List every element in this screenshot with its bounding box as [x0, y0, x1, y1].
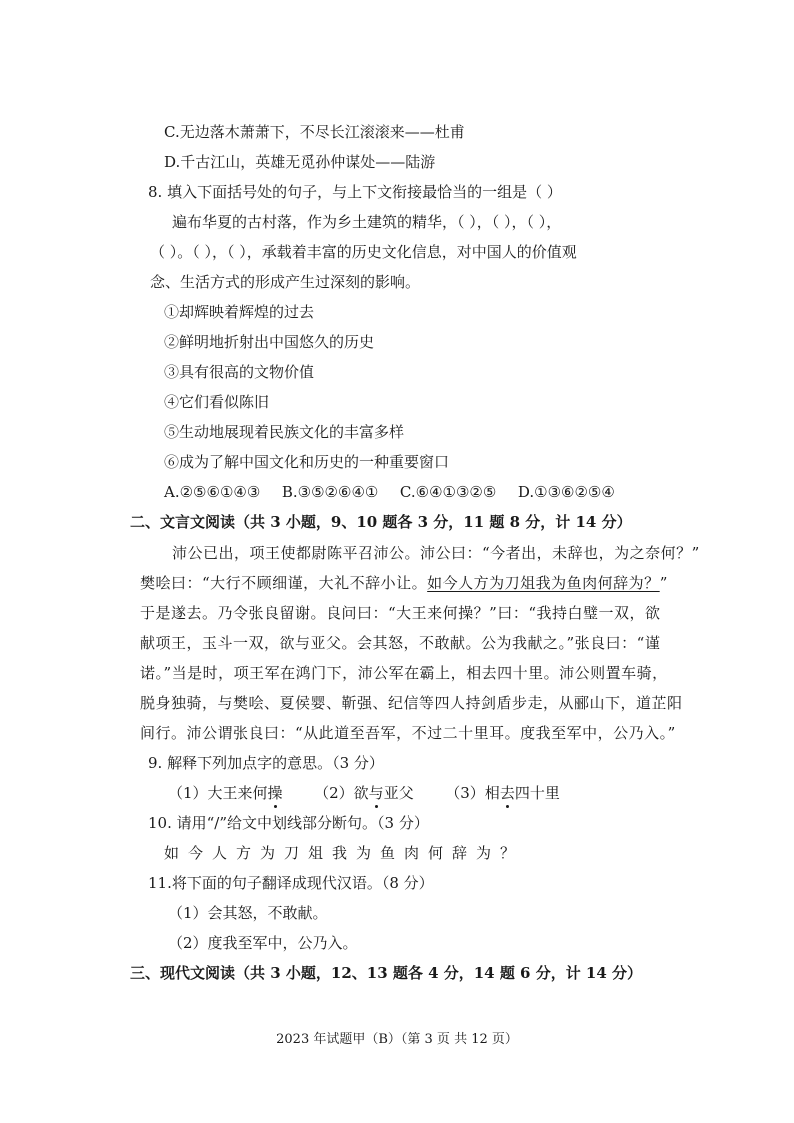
- q11-item-2: （2）度我至军中，公乃入。: [168, 933, 358, 953]
- q7-option-c: C.无边落木萧萧下，不尽长江滚滚来——杜甫: [164, 122, 465, 142]
- q8-item-3: ③具有很高的文物价值: [164, 362, 314, 382]
- q8-item-4: ④它们看似陈旧: [164, 392, 269, 412]
- q9-stem: 9. 解释下列加点字的意思。（3 分）: [148, 753, 384, 773]
- q8-item-5: ⑤生动地展现着民族文化的丰富多样: [164, 422, 404, 442]
- q8-choice-b: B.③⑤②⑥④①: [282, 483, 378, 501]
- q10-sentence: 如今人方为刀俎我为鱼肉何辞为？: [164, 843, 524, 863]
- q8-item-2: ②鲜明地折射出中国悠久的历史: [164, 332, 374, 352]
- passage-line-2: 樊哙曰：“大行不顾细谨，大礼不辞小让。如今人方为刀俎我为鱼肉何辞为？”: [140, 573, 668, 593]
- q7-option-d: D.千古江山，英雄无觅孙仲谋处——陆游: [164, 152, 435, 172]
- section2-heading: 二、文言文阅读（共 3 小题，9、10 题各 3 分，11 题 8 分，计 14…: [130, 512, 632, 532]
- passage-line-3: 于是遂去。乃令张良留谢。良问曰：“大王来何操？”曰：“我持白璧一双，欲: [140, 603, 661, 623]
- underlined-sentence: 如今人方为刀俎我为鱼肉何辞为？: [427, 574, 660, 592]
- q8-item-6: ⑥成为了解中国文化和历史的一种重要窗口: [164, 452, 449, 472]
- q9-item-2: （2）欲与亚父: [314, 784, 414, 802]
- q9-item-3: （3）相去四十里: [445, 784, 560, 802]
- page-footer: 2023 年试题甲（B）（第 3 页 共 12 页）: [0, 1030, 794, 1050]
- passage-line-6: 脱身独骑，与樊哙、夏侯婴、靳强、纪信等四人持剑盾步走，从郦山下，道芷阳: [140, 693, 683, 713]
- q9-item-1: （1）大王来何操: [168, 784, 283, 802]
- passage-line-1: 沛公已出，项王使都尉陈平召沛公。沛公曰：“今者出，未辞也，为之奈何？”: [172, 543, 700, 563]
- dotted-char: 操: [268, 783, 283, 803]
- q8-passage-line-1: 遍布华夏的古村落，作为乡土建筑的精华，（ ），（ ），（ ），: [172, 212, 561, 232]
- q8-choice-d: D.①③⑥②⑤④: [518, 483, 615, 501]
- q8-stem: 8. 填入下面括号处的句子，与上下文衔接最恰当的一组是（ ）: [148, 182, 562, 202]
- q8-passage-line-2: （ ）。（ ），（ ），承载着丰富的历史文化信息，对中国人的价值观: [150, 242, 577, 262]
- passage-line-4: 献项王，玉斗一双，欲与亚父。会其怒，不敢献。公为我献之。”张良曰：“谨: [140, 633, 660, 653]
- dotted-char: 去: [500, 783, 515, 803]
- passage-line-5: 诺。”当是时，项王军在鸿门下，沛公军在霸上，相去四十里。沛公则置车骑，: [140, 663, 668, 683]
- q10-stem: 10. 请用“/”给文中划线部分断句。（3 分）: [148, 813, 429, 833]
- passage-line-2-post: ”: [660, 574, 668, 592]
- q8-item-1: ①却辉映着辉煌的过去: [164, 302, 314, 322]
- q8-choice-a: A.②⑤⑥①④③: [164, 483, 260, 501]
- passage-line-7: 间行。沛公谓张良曰：“从此道至吾军，不过二十里耳。度我至军中，公乃入。”: [140, 723, 676, 743]
- q11-item-1: （1）会其怒，不敢献。: [168, 903, 328, 923]
- q8-choices: A.②⑤⑥①④③ B.③⑤②⑥④① C.⑥④①③②⑤ D.①③⑥②⑤④: [164, 482, 615, 502]
- section3-heading: 三、现代文阅读（共 3 小题，12、13 题各 4 分，14 题 6 分，计 1…: [130, 963, 642, 983]
- q8-choice-c: C.⑥④①③②⑤: [400, 483, 496, 501]
- q8-passage-line-3: 念、生活方式的形成产生过深刻的影响。: [150, 272, 420, 292]
- passage-line-2-pre: 樊哙曰：“大行不顾细谨，大礼不辞小让。: [140, 574, 427, 592]
- dotted-char: 与: [369, 783, 384, 803]
- q11-stem: 11.将下面的句子翻译成现代汉语。（8 分）: [148, 873, 434, 893]
- q9-items: （1）大王来何操 （2）欲与亚父 （3）相去四十里: [168, 783, 560, 803]
